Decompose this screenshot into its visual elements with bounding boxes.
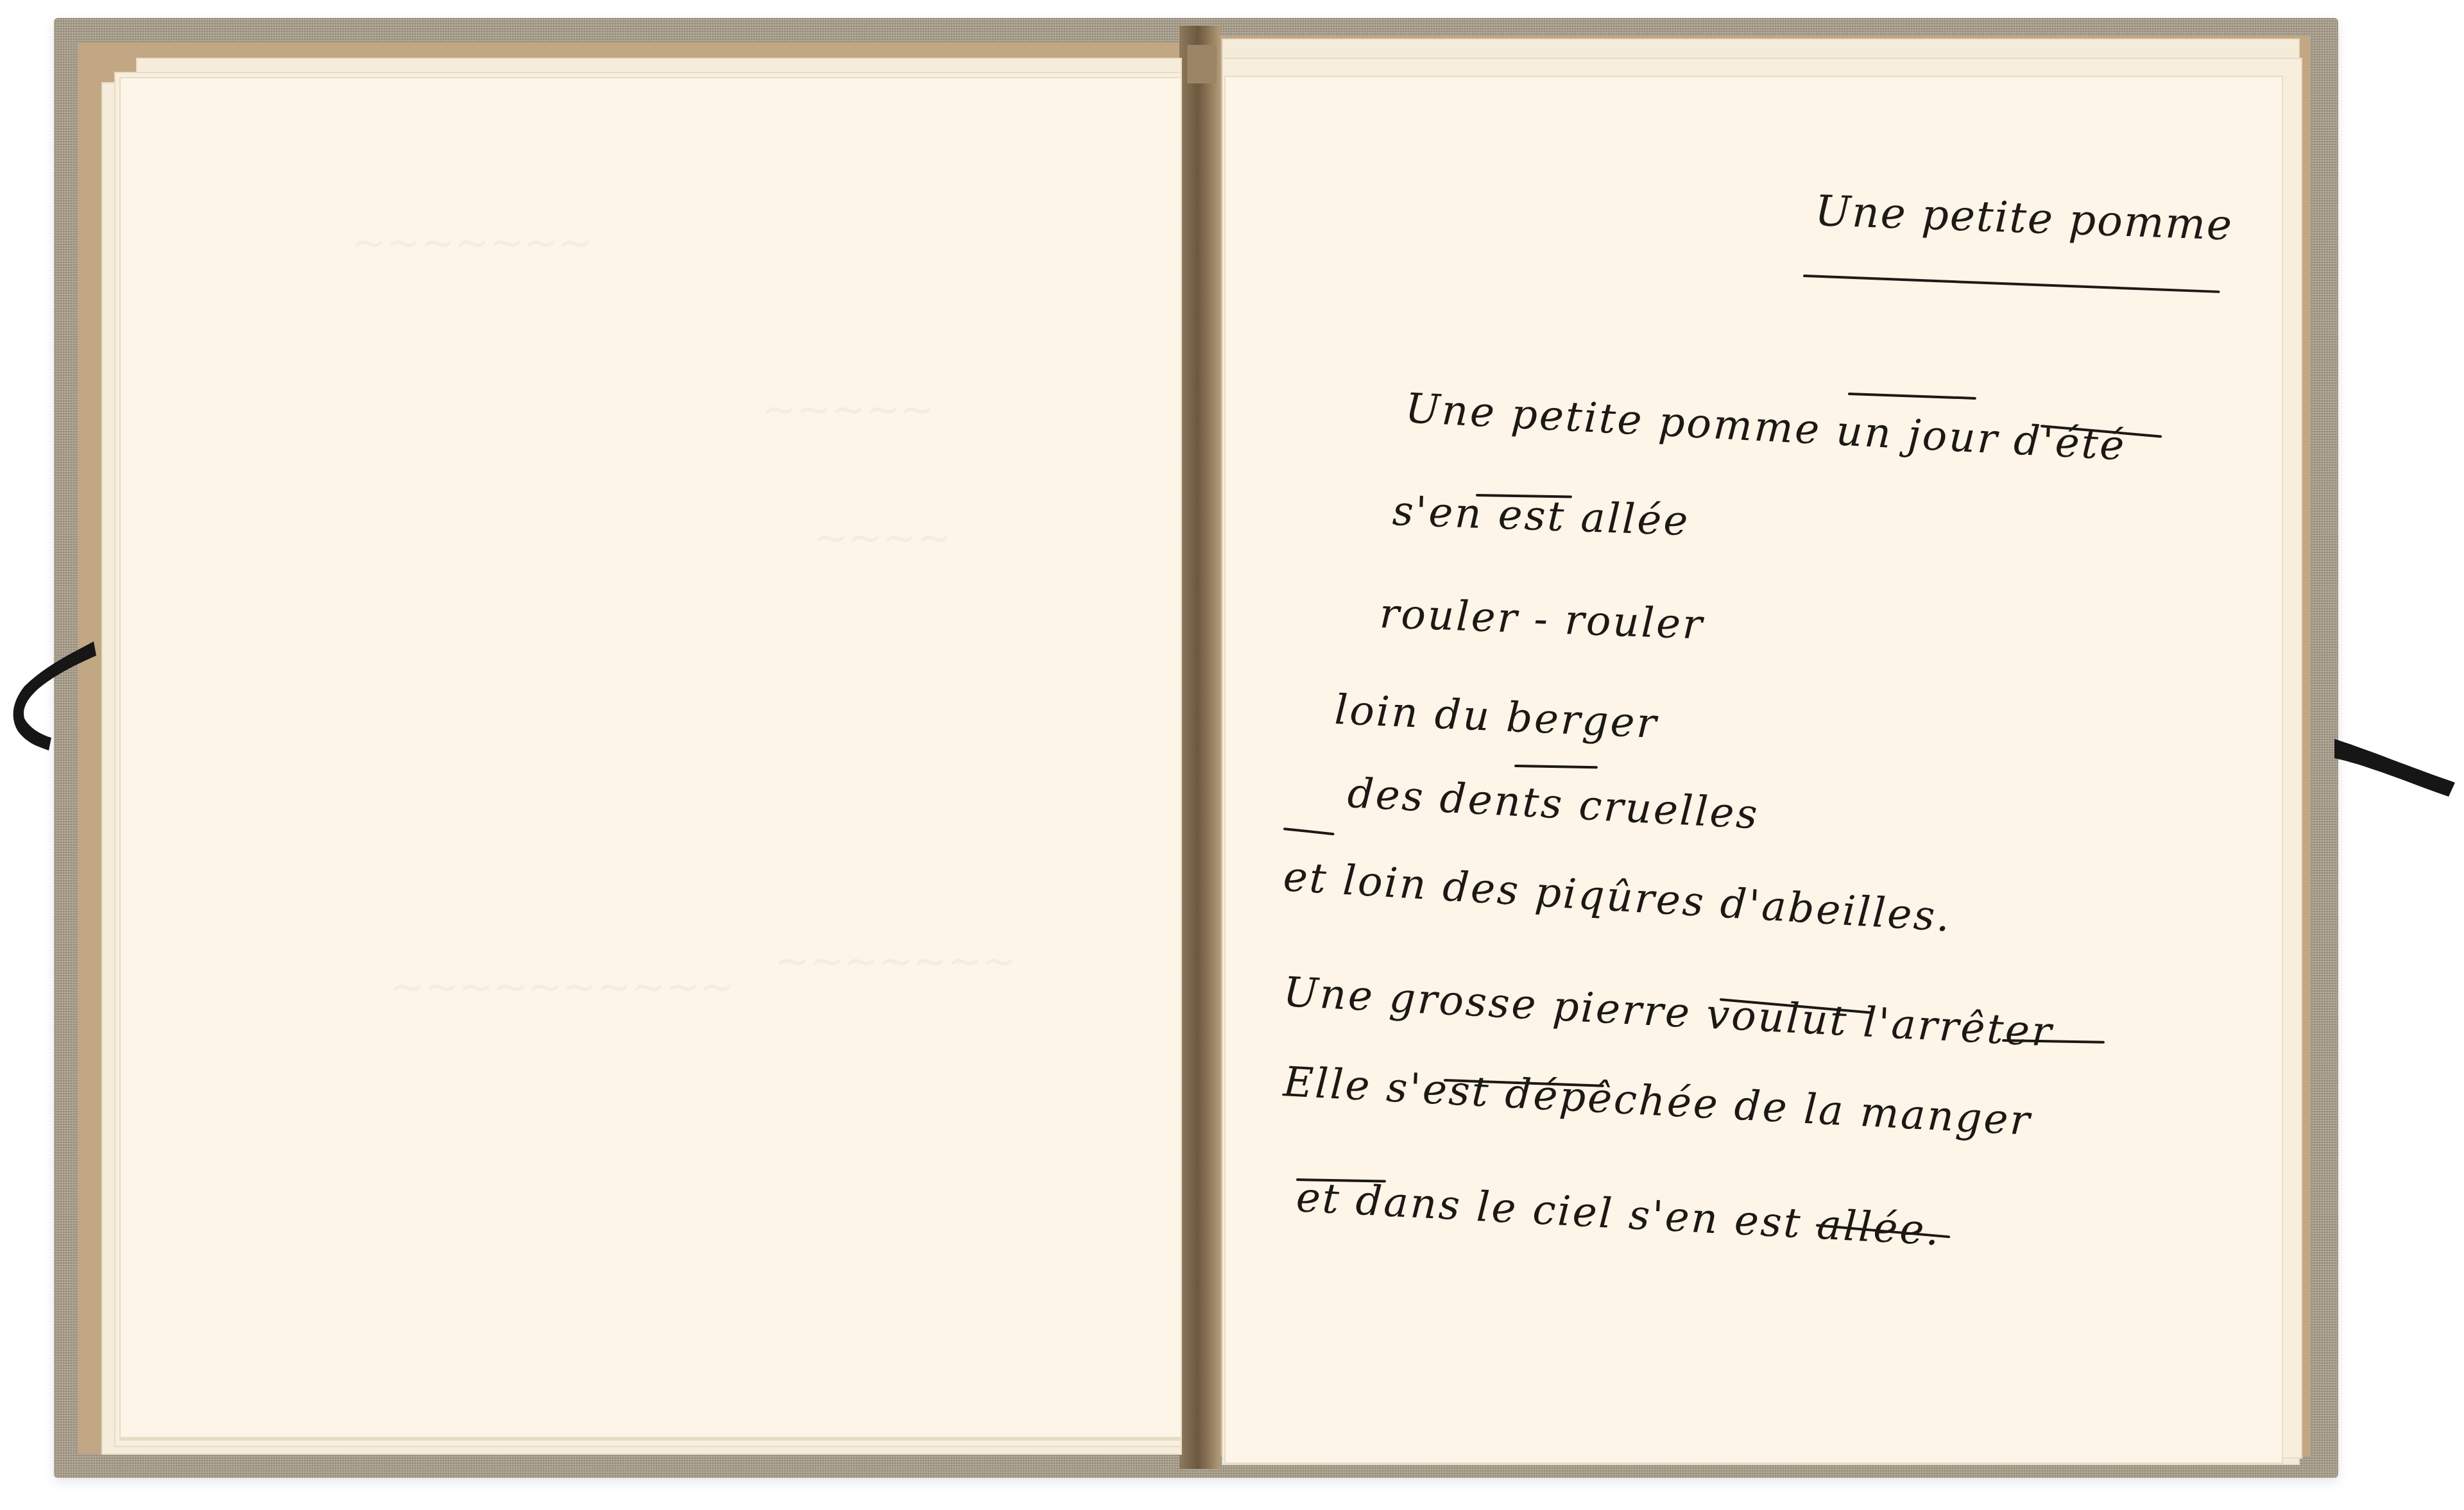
- folder-spine-gutter: [1179, 26, 1220, 1469]
- right-ribbon-tie-icon[interactable]: [2333, 726, 2461, 803]
- show-through-text: ~~~~~: [762, 386, 934, 434]
- right-page[interactable]: [1224, 76, 2283, 1464]
- show-through-text: ~~~~: [814, 514, 952, 562]
- left-ribbon-tie-icon[interactable]: [5, 616, 101, 763]
- show-through-text: ~~~~~~~: [775, 938, 1016, 985]
- show-through-text: ~~~~~~~~~~: [390, 963, 734, 1011]
- left-page[interactable]: ~~~~~~~ ~~~~~ ~~~~ ~~~~~~~ ~~~~~~~~~~: [119, 77, 1182, 1441]
- show-through-text: ~~~~~~~: [352, 219, 592, 267]
- spine-flap: [1187, 45, 1217, 83]
